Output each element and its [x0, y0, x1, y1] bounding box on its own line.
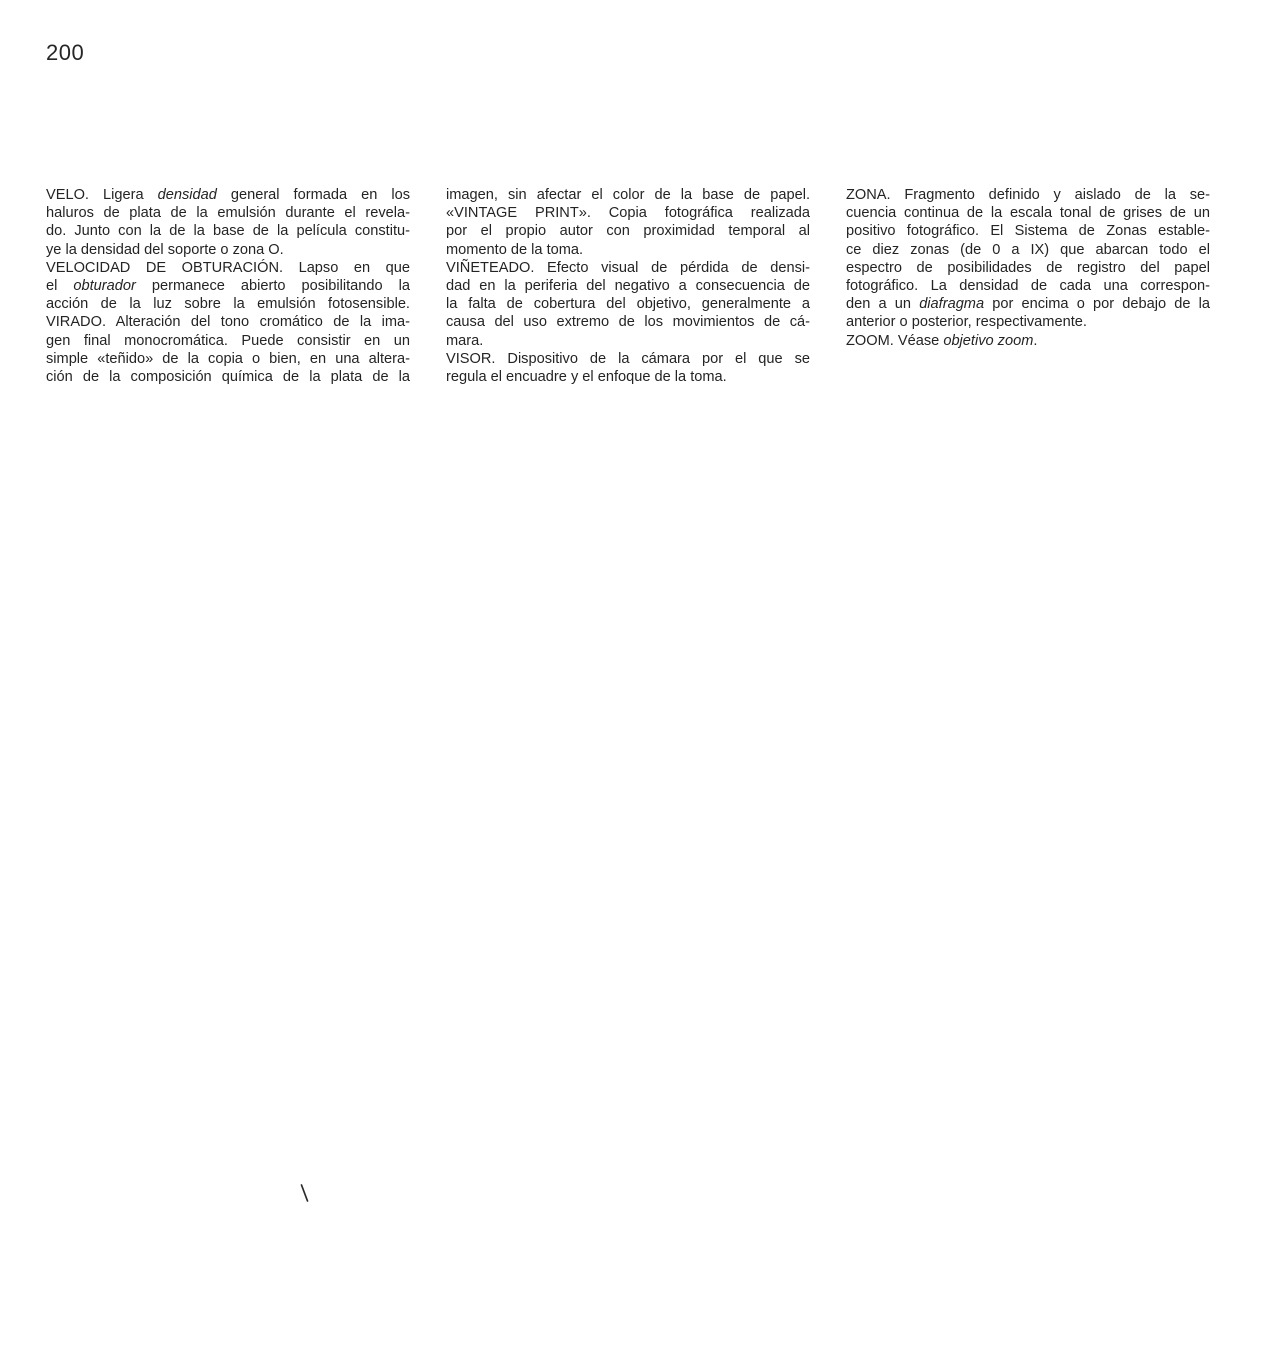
- glossary-line: mara.: [446, 332, 810, 350]
- text-run: haluros de plata de la emulsión durante …: [46, 205, 410, 221]
- glossary-line: ce diez zonas (de 0 a IX) que abarcan to…: [846, 241, 1210, 259]
- glossary-line: imagen, sin afectar el color de la base …: [446, 186, 810, 204]
- glossary-line: haluros de plata de la emulsión durante …: [46, 204, 410, 222]
- glossary-line: cuencia continua de la escala tonal de g…: [846, 204, 1210, 222]
- text-run: VISOR. Dispositivo de la cámara por el q…: [446, 351, 810, 367]
- text-run: ción de la composición química de la pla…: [46, 369, 410, 385]
- text-run: do. Junto con la de la base de la pelícu…: [46, 223, 410, 239]
- text-run: causa del uso extremo de los movimientos…: [446, 314, 810, 330]
- text-run: cuencia continua de la escala tonal de g…: [846, 205, 1210, 221]
- glossary-line: dad en la periferia del negativo a conse…: [446, 277, 810, 295]
- glossary-line: fotográfico. La densidad de cada una cor…: [846, 277, 1210, 295]
- text-run: mara.: [446, 333, 483, 349]
- text-run: anterior o posterior, respectivamente.: [846, 314, 1087, 330]
- text-run: ZONA. Fragmento definido y aislado de la…: [846, 187, 1210, 203]
- text-run: por el propio autor con proximidad tempo…: [446, 223, 810, 239]
- glossary-line: anterior o posterior, respectivamente.: [846, 313, 1210, 331]
- glossary-column-1: VELO. Ligera densidad general formada en…: [46, 186, 410, 386]
- stray-mark: [300, 1184, 310, 1204]
- glossary-line: «VINTAGE PRINT». Copia fotográfica reali…: [446, 204, 810, 222]
- text-run: regula el encuadre y el enfoque de la to…: [446, 369, 727, 385]
- italic-term: objetivo zoom: [943, 333, 1033, 349]
- glossary-line: simple «teñido» de la copia o bien, en u…: [46, 350, 410, 368]
- glossary-line: regula el encuadre y el enfoque de la to…: [446, 368, 810, 386]
- text-run: positivo fotográfico. El Sistema de Zona…: [846, 223, 1210, 239]
- glossary-line: causa del uso extremo de los movimientos…: [446, 313, 810, 331]
- glossary-column-2: imagen, sin afectar el color de la base …: [446, 186, 810, 386]
- text-run: general formada en los: [217, 187, 410, 203]
- text-run: ce diez zonas (de 0 a IX) que abarcan to…: [846, 242, 1210, 258]
- text-run: ye la densidad del soporte o zona O.: [46, 242, 284, 258]
- glossary-line: gen final monocromática. Puede consistir…: [46, 332, 410, 350]
- text-run: simple «teñido» de la copia o bien, en u…: [46, 351, 410, 367]
- text-run: imagen, sin afectar el color de la base …: [446, 187, 810, 203]
- glossary-line: el obturador permanece abierto posibilit…: [46, 277, 410, 295]
- glossary-line: momento de la toma.: [446, 241, 810, 259]
- glossary-line: VELOCIDAD DE OBTURACIÓN. Lapso en que: [46, 259, 410, 277]
- glossary-line: VISOR. Dispositivo de la cámara por el q…: [446, 350, 810, 368]
- italic-term: diafragma: [919, 296, 984, 312]
- text-run: «VINTAGE PRINT». Copia fotográfica reali…: [446, 205, 810, 221]
- text-run: VELO. Ligera: [46, 187, 158, 203]
- glossary-line: la falta de cobertura del objetivo, gene…: [446, 295, 810, 313]
- glossary-line: VIRADO. Alteración del tono cromático de…: [46, 313, 410, 331]
- text-run: VIÑETEADO. Efecto visual de pérdida de d…: [446, 260, 810, 276]
- text-run: espectro de posibilidades de registro de…: [846, 260, 1210, 276]
- glossary-line: ZONA. Fragmento definido y aislado de la…: [846, 186, 1210, 204]
- text-run: gen final monocromática. Puede consistir…: [46, 333, 410, 349]
- italic-term: obturador: [73, 278, 135, 294]
- text-run: dad en la periferia del negativo a conse…: [446, 278, 810, 294]
- glossary-line: VIÑETEADO. Efecto visual de pérdida de d…: [446, 259, 810, 277]
- glossary-line: den a un diafragma por encima o por deba…: [846, 295, 1210, 313]
- italic-term: densidad: [158, 187, 217, 203]
- glossary-text-block: VELO. Ligera densidad general formada en…: [46, 186, 1210, 386]
- glossary-line: positivo fotográfico. El Sistema de Zona…: [846, 222, 1210, 240]
- glossary-line: acción de la luz sobre la emulsión fotos…: [46, 295, 410, 313]
- glossary-line: ción de la composición química de la pla…: [46, 368, 410, 386]
- glossary-line: espectro de posibilidades de registro de…: [846, 259, 1210, 277]
- text-run: den a un: [846, 296, 919, 312]
- page-number: 200: [46, 42, 84, 64]
- document-page: 200 VELO. Ligera densidad general formad…: [0, 0, 1280, 1363]
- text-run: momento de la toma.: [446, 242, 583, 258]
- text-run: .: [1033, 333, 1037, 349]
- text-run: acción de la luz sobre la emulsión fotos…: [46, 296, 410, 312]
- text-run: el: [46, 278, 73, 294]
- text-run: por encima o por debajo de la: [984, 296, 1210, 312]
- glossary-line: por el propio autor con proximidad tempo…: [446, 222, 810, 240]
- text-run: VIRADO. Alteración del tono cromático de…: [46, 314, 410, 330]
- glossary-line: ZOOM. Véase objetivo zoom.: [846, 332, 1210, 350]
- glossary-line: VELO. Ligera densidad general formada en…: [46, 186, 410, 204]
- text-run: fotográfico. La densidad de cada una cor…: [846, 278, 1210, 294]
- glossary-line: ye la densidad del soporte o zona O.: [46, 241, 410, 259]
- glossary-column-3: ZONA. Fragmento definido y aislado de la…: [846, 186, 1210, 386]
- text-run: permanece abierto posibilitando la: [136, 278, 410, 294]
- text-run: la falta de cobertura del objetivo, gene…: [446, 296, 810, 312]
- text-run: ZOOM. Véase: [846, 333, 943, 349]
- glossary-line: do. Junto con la de la base de la pelícu…: [46, 222, 410, 240]
- text-run: VELOCIDAD DE OBTURACIÓN. Lapso en que: [46, 260, 410, 276]
